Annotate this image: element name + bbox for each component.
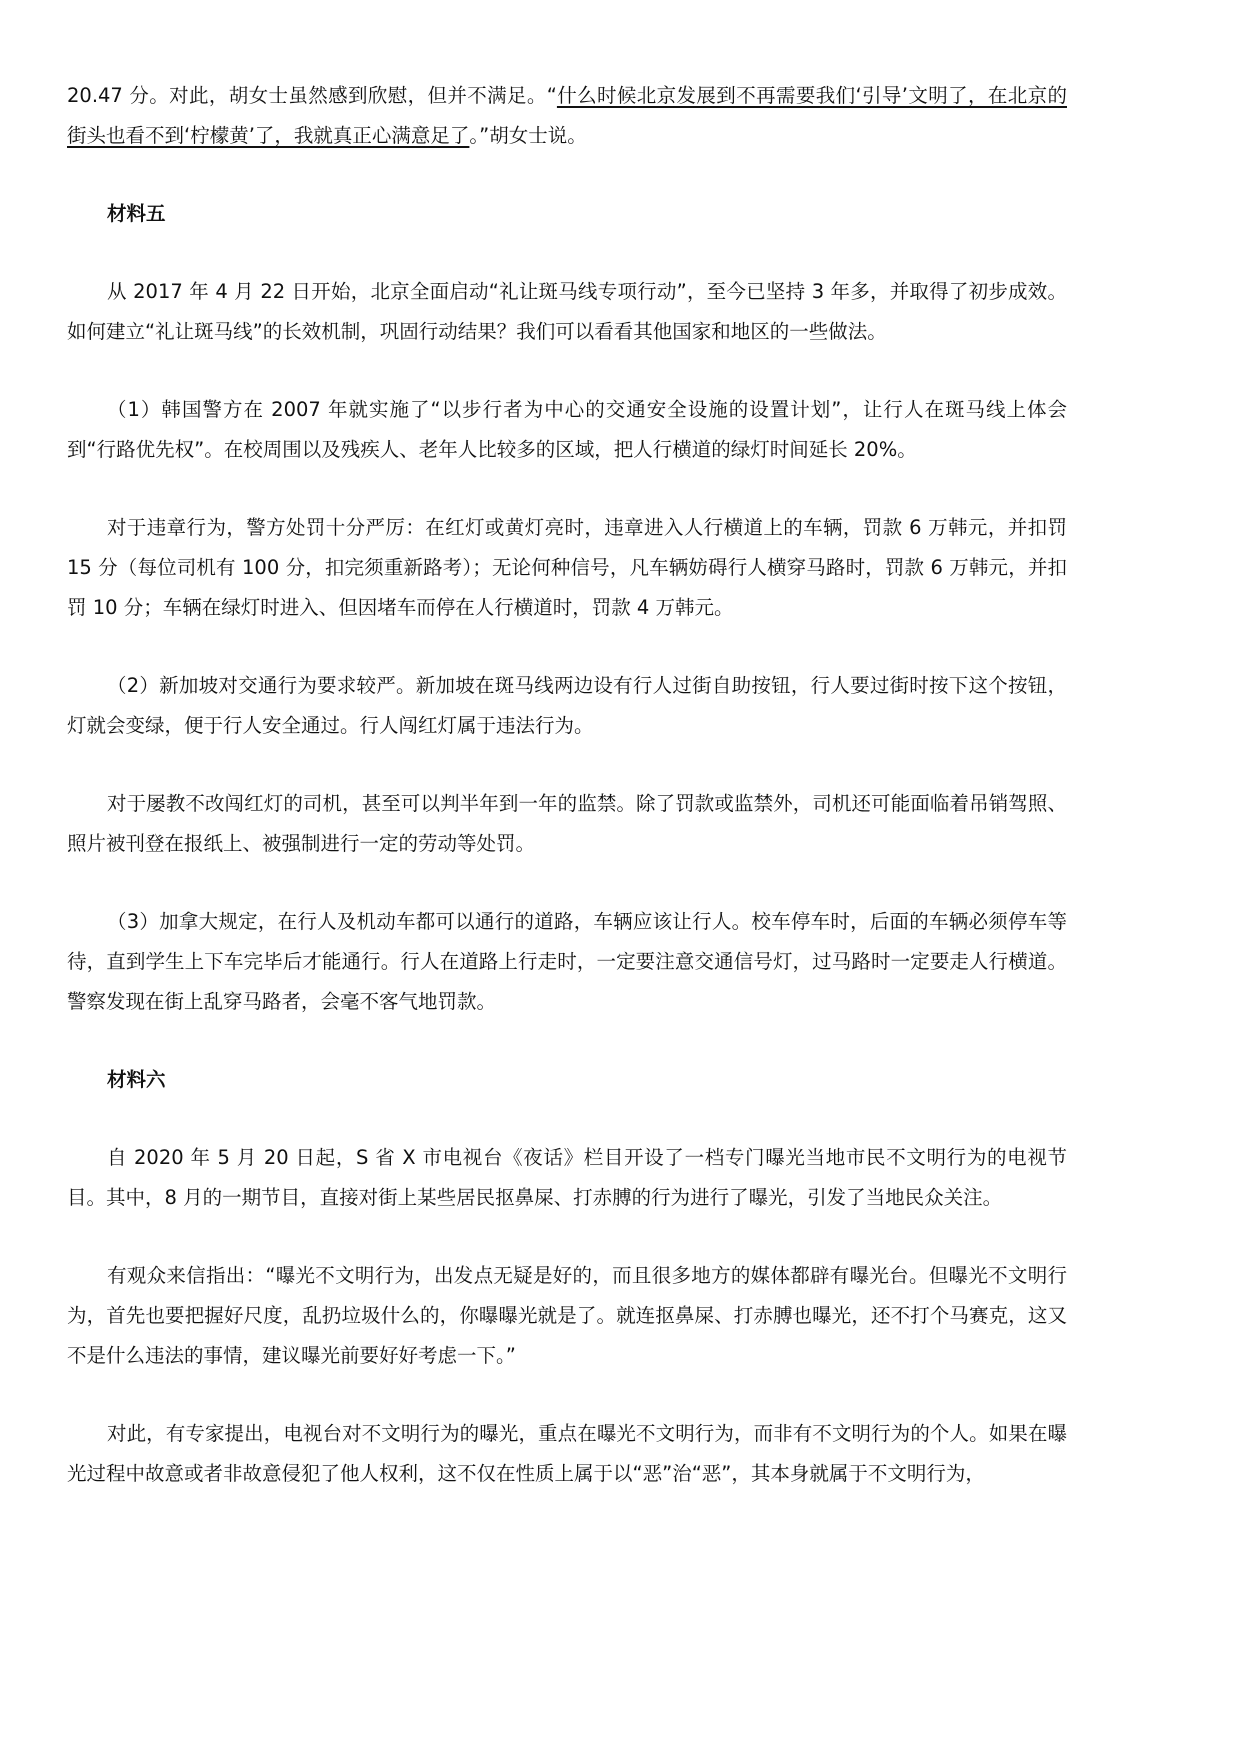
intro-text-after: 。”胡女士说。 bbox=[469, 124, 586, 147]
material-5-paragraph: （1）韩国警方在 2007 年就实施了“以步行者为中心的交通安全设施的设置计划”… bbox=[67, 390, 1067, 470]
material-5-paragraph: （3）加拿大规定，在行人及机动车都可以通行的道路，车辆应该让行人。校车停车时，后… bbox=[67, 902, 1067, 1022]
material-5-heading: 材料五 bbox=[67, 194, 1067, 234]
intro-text-before: 20.47 分。对此，胡女士虽然感到欣慰，但并不满足。“ bbox=[67, 84, 557, 107]
material-6-paragraph: 有观众来信指出：“曝光不文明行为，出发点无疑是好的，而且很多地方的媒体都辟有曝光… bbox=[67, 1256, 1067, 1376]
material-6-heading: 材料六 bbox=[67, 1060, 1067, 1100]
intro-paragraph: 20.47 分。对此，胡女士虽然感到欣慰，但并不满足。“什么时候北京发展到不再需… bbox=[67, 76, 1067, 156]
material-5-paragraph: （2）新加坡对交通行为要求较严。新加坡在斑马线两边设有行人过街自助按钮，行人要过… bbox=[67, 666, 1067, 746]
material-5-paragraph: 对于违章行为，警方处罚十分严厉：在红灯或黄灯亮时，违章进入人行横道上的车辆，罚款… bbox=[67, 508, 1067, 628]
material-5-paragraph: 对于屡教不改闯红灯的司机，甚至可以判半年到一年的监禁。除了罚款或监禁外，司机还可… bbox=[67, 784, 1067, 864]
material-6-paragraph: 自 2020 年 5 月 20 日起，S 省 X 市电视台《夜话》栏目开设了一档… bbox=[67, 1138, 1067, 1218]
document-page: 20.47 分。对此，胡女士虽然感到欣慰，但并不满足。“什么时候北京发展到不再需… bbox=[67, 76, 1067, 1532]
material-6-paragraph: 对此，有专家提出，电视台对不文明行为的曝光，重点在曝光不文明行为，而非有不文明行… bbox=[67, 1414, 1067, 1494]
material-5-paragraph: 从 2017 年 4 月 22 日开始，北京全面启动“礼让斑马线专项行动”，至今… bbox=[67, 272, 1067, 352]
